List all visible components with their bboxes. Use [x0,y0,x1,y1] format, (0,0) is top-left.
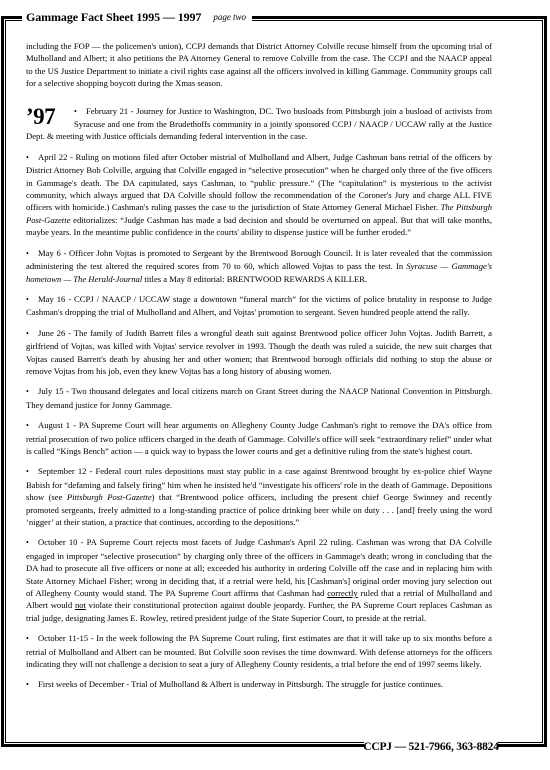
page-header: Gammage Fact Sheet 1995 — 1997 page two [22,8,252,26]
intro-paragraph: including the FOP — the policemen's unio… [26,40,492,90]
timeline-entry: •June 26 - The family of Judith Barrett … [26,327,492,378]
bullet-icon: • [26,537,38,549]
contact-info: CCPJ — 521-7966, 363-8824 [363,741,499,753]
underlined-text: not [75,600,86,610]
entry-text: editorializes: “Judge Cashman has made a… [26,215,492,237]
entry-text: violate their constitutional protection … [26,600,492,622]
timeline-entry: •First weeks of December - Trial of Mulh… [26,678,492,691]
entry-date: October 10 [38,537,77,547]
year-label: ’97 [26,104,74,130]
entry-text: - Ruling on motions filed after October … [26,152,492,213]
entry-text: titles a May 8 editorial: BRENTWOOD REWA… [142,274,367,284]
timeline-entry: •August 1 - PA Supreme Court will hear a… [26,419,492,457]
timeline-entry: •May 6 - Officer John Vojtas is promoted… [26,247,492,285]
entry-date: April 22 [38,152,67,162]
page-number-label: page two [213,12,246,22]
entry-text: - The family of Judith Barrett files a w… [26,328,492,376]
year-section-1997: ’97 •February 21 - Journey for Justice t… [26,105,492,143]
publication-name: Pittsburgh Post-Gazette [67,492,152,502]
bullet-icon: • [26,679,38,691]
entry-date: October 11-15 [38,633,88,643]
entry-date: May 16 [38,294,65,304]
timeline-entry: •October 10 - PA Supreme Court rejects m… [26,536,492,624]
entry-date: First weeks of December [38,679,124,689]
page-footer: CCPJ — 521-7966, 363-8824 [364,738,498,756]
publication-name: The Herald-Journal [73,274,142,284]
timeline-entry: •February 21 - Journey for Justice to Wa… [26,105,492,143]
entry-text: - CCPJ / NAACP / UCCAW stage a downtown … [26,294,492,317]
bullet-icon: • [26,294,38,306]
entry-date: July 15 [38,386,64,396]
timeline-entry: •April 22 - Ruling on motions filed afte… [26,151,492,239]
entry-date: September 12 [38,466,86,476]
bullet-icon: • [26,248,38,260]
bullet-icon: • [26,152,38,164]
bullet-icon: • [26,328,38,340]
bullet-icon: • [26,420,38,432]
timeline-entry: •September 12 - Federal court rules depo… [26,465,492,528]
underlined-text: correctly [327,588,358,598]
entry-date: August 1 [38,420,70,430]
entry-text: - Trial of Mulholland & Albert is underw… [124,679,443,689]
bullet-icon: • [26,386,38,398]
entry-text: - In the week following the PA Supreme C… [26,633,492,669]
document-body: including the FOP — the policemen's unio… [26,40,492,700]
timeline-entry: •May 16 - CCPJ / NAACP / UCCAW stage a d… [26,293,492,319]
entry-date: May 6 [38,248,61,258]
bullet-icon: • [26,633,38,645]
entry-date: June 26 [38,328,65,338]
bullet-icon: • [26,466,38,478]
timeline-entry: •October 11-15 - In the week following t… [26,632,492,670]
entry-text: - PA Supreme Court will hear arguments o… [26,420,492,456]
entry-date: February 21 [86,106,128,116]
entry-text: - Two thousand delegates and local citiz… [26,386,492,409]
timeline-entry: •July 15 - Two thousand delegates and lo… [26,385,492,411]
bullet-icon: • [74,106,86,118]
document-title: Gammage Fact Sheet 1995 — 1997 [26,10,201,25]
